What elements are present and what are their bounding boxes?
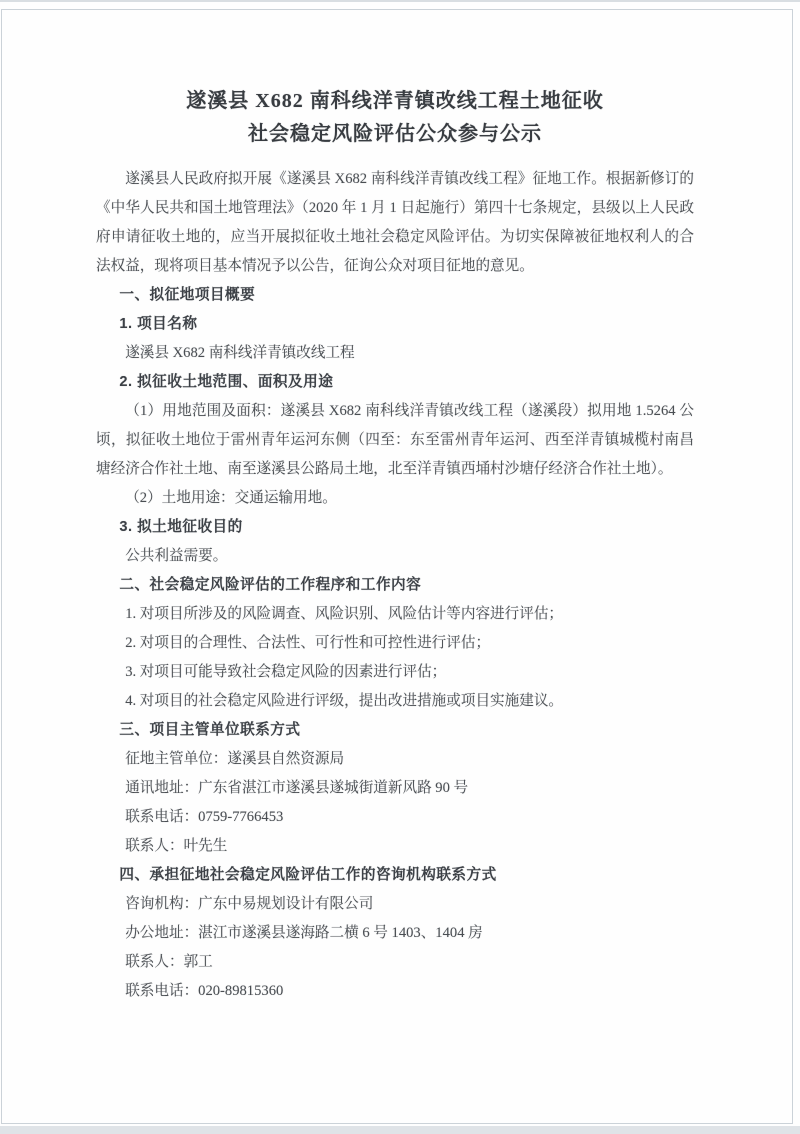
doc-paragraph: （2）土地用途：交通运输用地。 bbox=[96, 484, 694, 513]
section-heading: 二、社会稳定风险评估的工作程序和工作内容 bbox=[96, 571, 694, 600]
top-edge-divider bbox=[0, 0, 800, 2]
document-title-line1: 遂溪县 X682 南科线洋青镇改线工程土地征收 bbox=[96, 85, 694, 118]
document-title: 遂溪县 X682 南科线洋青镇改线工程土地征收 社会稳定风险评估公众参与公示 bbox=[96, 85, 694, 151]
doc-paragraph: 公共利益需要。 bbox=[96, 542, 694, 571]
document-page: 遂溪县 X682 南科线洋青镇改线工程土地征收 社会稳定风险评估公众参与公示 遂… bbox=[1, 9, 793, 1124]
bottom-edge-divider bbox=[0, 1126, 800, 1134]
doc-paragraph: 1. 对项目所涉及的风险调查、风险识别、风险估计等内容进行评估； bbox=[96, 600, 694, 629]
document-content: 遂溪县 X682 南科线洋青镇改线工程土地征收 社会稳定风险评估公众参与公示 遂… bbox=[2, 10, 792, 1123]
section-heading: 三、项目主管单位联系方式 bbox=[96, 716, 694, 745]
doc-paragraph: 遂溪县人民政府拟开展《遂溪县 X682 南科线洋青镇改线工程》征地工作。根据新修… bbox=[96, 165, 694, 281]
doc-paragraph: 咨询机构：广东中易规划设计有限公司 bbox=[96, 890, 694, 919]
doc-paragraph: （1）用地范围及面积：遂溪县 X682 南科线洋青镇改线工程（遂溪段）拟用地 1… bbox=[96, 397, 694, 484]
document-title-line2: 社会稳定风险评估公众参与公示 bbox=[96, 118, 694, 151]
doc-paragraph: 遂溪县 X682 南科线洋青镇改线工程 bbox=[96, 339, 694, 368]
sub-heading: 1. 项目名称 bbox=[96, 310, 694, 339]
sub-heading: 3. 拟土地征收目的 bbox=[96, 513, 694, 542]
doc-paragraph: 通讯地址：广东省湛江市遂溪县遂城街道新风路 90 号 bbox=[96, 774, 694, 803]
doc-paragraph: 4. 对项目的社会稳定风险进行评级，提出改进措施或项目实施建议。 bbox=[96, 687, 694, 716]
doc-paragraph: 2. 对项目的合理性、合法性、可行性和可控性进行评估； bbox=[96, 629, 694, 658]
section-heading: 四、承担征地社会稳定风险评估工作的咨询机构联系方式 bbox=[96, 861, 694, 890]
doc-paragraph: 联系人：郭工 bbox=[96, 948, 694, 977]
doc-paragraph: 联系电话：020-89815360 bbox=[96, 977, 694, 1006]
doc-paragraph: 联系电话：0759-7766453 bbox=[96, 803, 694, 832]
doc-paragraph: 征地主管单位：遂溪县自然资源局 bbox=[96, 745, 694, 774]
sub-heading: 2. 拟征收土地范围、面积及用途 bbox=[96, 368, 694, 397]
doc-paragraph: 联系人：叶先生 bbox=[96, 832, 694, 861]
document-viewport: 遂溪县 X682 南科线洋青镇改线工程土地征收 社会稳定风险评估公众参与公示 遂… bbox=[0, 0, 800, 1134]
document-body: 遂溪县人民政府拟开展《遂溪县 X682 南科线洋青镇改线工程》征地工作。根据新修… bbox=[96, 165, 694, 1006]
doc-paragraph: 办公地址：湛江市遂溪县遂海路二横 6 号 1403、1404 房 bbox=[96, 919, 694, 948]
section-heading: 一、拟征地项目概要 bbox=[96, 281, 694, 310]
doc-paragraph: 3. 对项目可能导致社会稳定风险的因素进行评估； bbox=[96, 658, 694, 687]
